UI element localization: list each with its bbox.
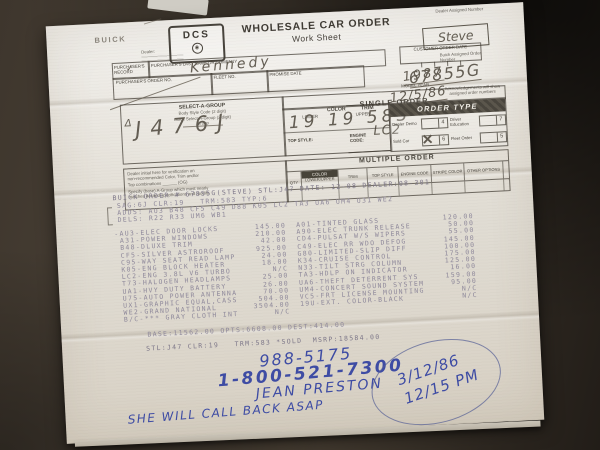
order-type-sold-car: Sold Car 6: [391, 131, 450, 151]
driver-education-checkbox: [479, 115, 497, 127]
engine-code-label: ENGINE CODE:: [350, 132, 375, 144]
order-type-fleet-order: Fleet Order 5: [449, 128, 508, 148]
sold-car-checkbox: [422, 135, 440, 147]
gm-mark-icon: ◉: [191, 42, 203, 54]
order-type-panel: ORDER TYPE Dealer Demo 4 Driver Educatio…: [388, 97, 508, 152]
customer-order-date-cell: CUSTOMER ORDER DATE: [399, 42, 482, 64]
dealer-label: Dealer:: [141, 49, 155, 55]
col-blank: [503, 161, 509, 178]
record-check: ✓: [126, 64, 134, 74]
dealer-demo-checkbox: [421, 118, 439, 130]
buick-brand: BUICK: [94, 34, 126, 45]
fleet-no-label: FLEET NO.: [211, 71, 267, 81]
photo-canvas: { "colors":{"desk":"#453c31","paper":"#e…: [0, 0, 600, 450]
pencil-bracket: [107, 207, 113, 225]
sag-prefix: Δ: [124, 118, 131, 129]
col-other-options: OTHER OPTIONS: [464, 161, 504, 180]
second-sheet-scrap: [147, 0, 209, 16]
typed-options: -AU3-ELEC DOOR LOCKS145.00A01-TINTED GLA…: [114, 211, 490, 323]
fleet-no-cell: FLEET NO.: [210, 70, 269, 95]
fleet-order-checkbox: [479, 132, 497, 144]
paper: BUICK DCS ◉ WHOLESALE CAR ORDER Work She…: [46, 2, 545, 444]
order-type-grid: Dealer Demo 4 Driver Education 7 Sold Ca…: [390, 111, 508, 151]
col-stripe-color: STRIPE COLOR: [431, 163, 465, 182]
